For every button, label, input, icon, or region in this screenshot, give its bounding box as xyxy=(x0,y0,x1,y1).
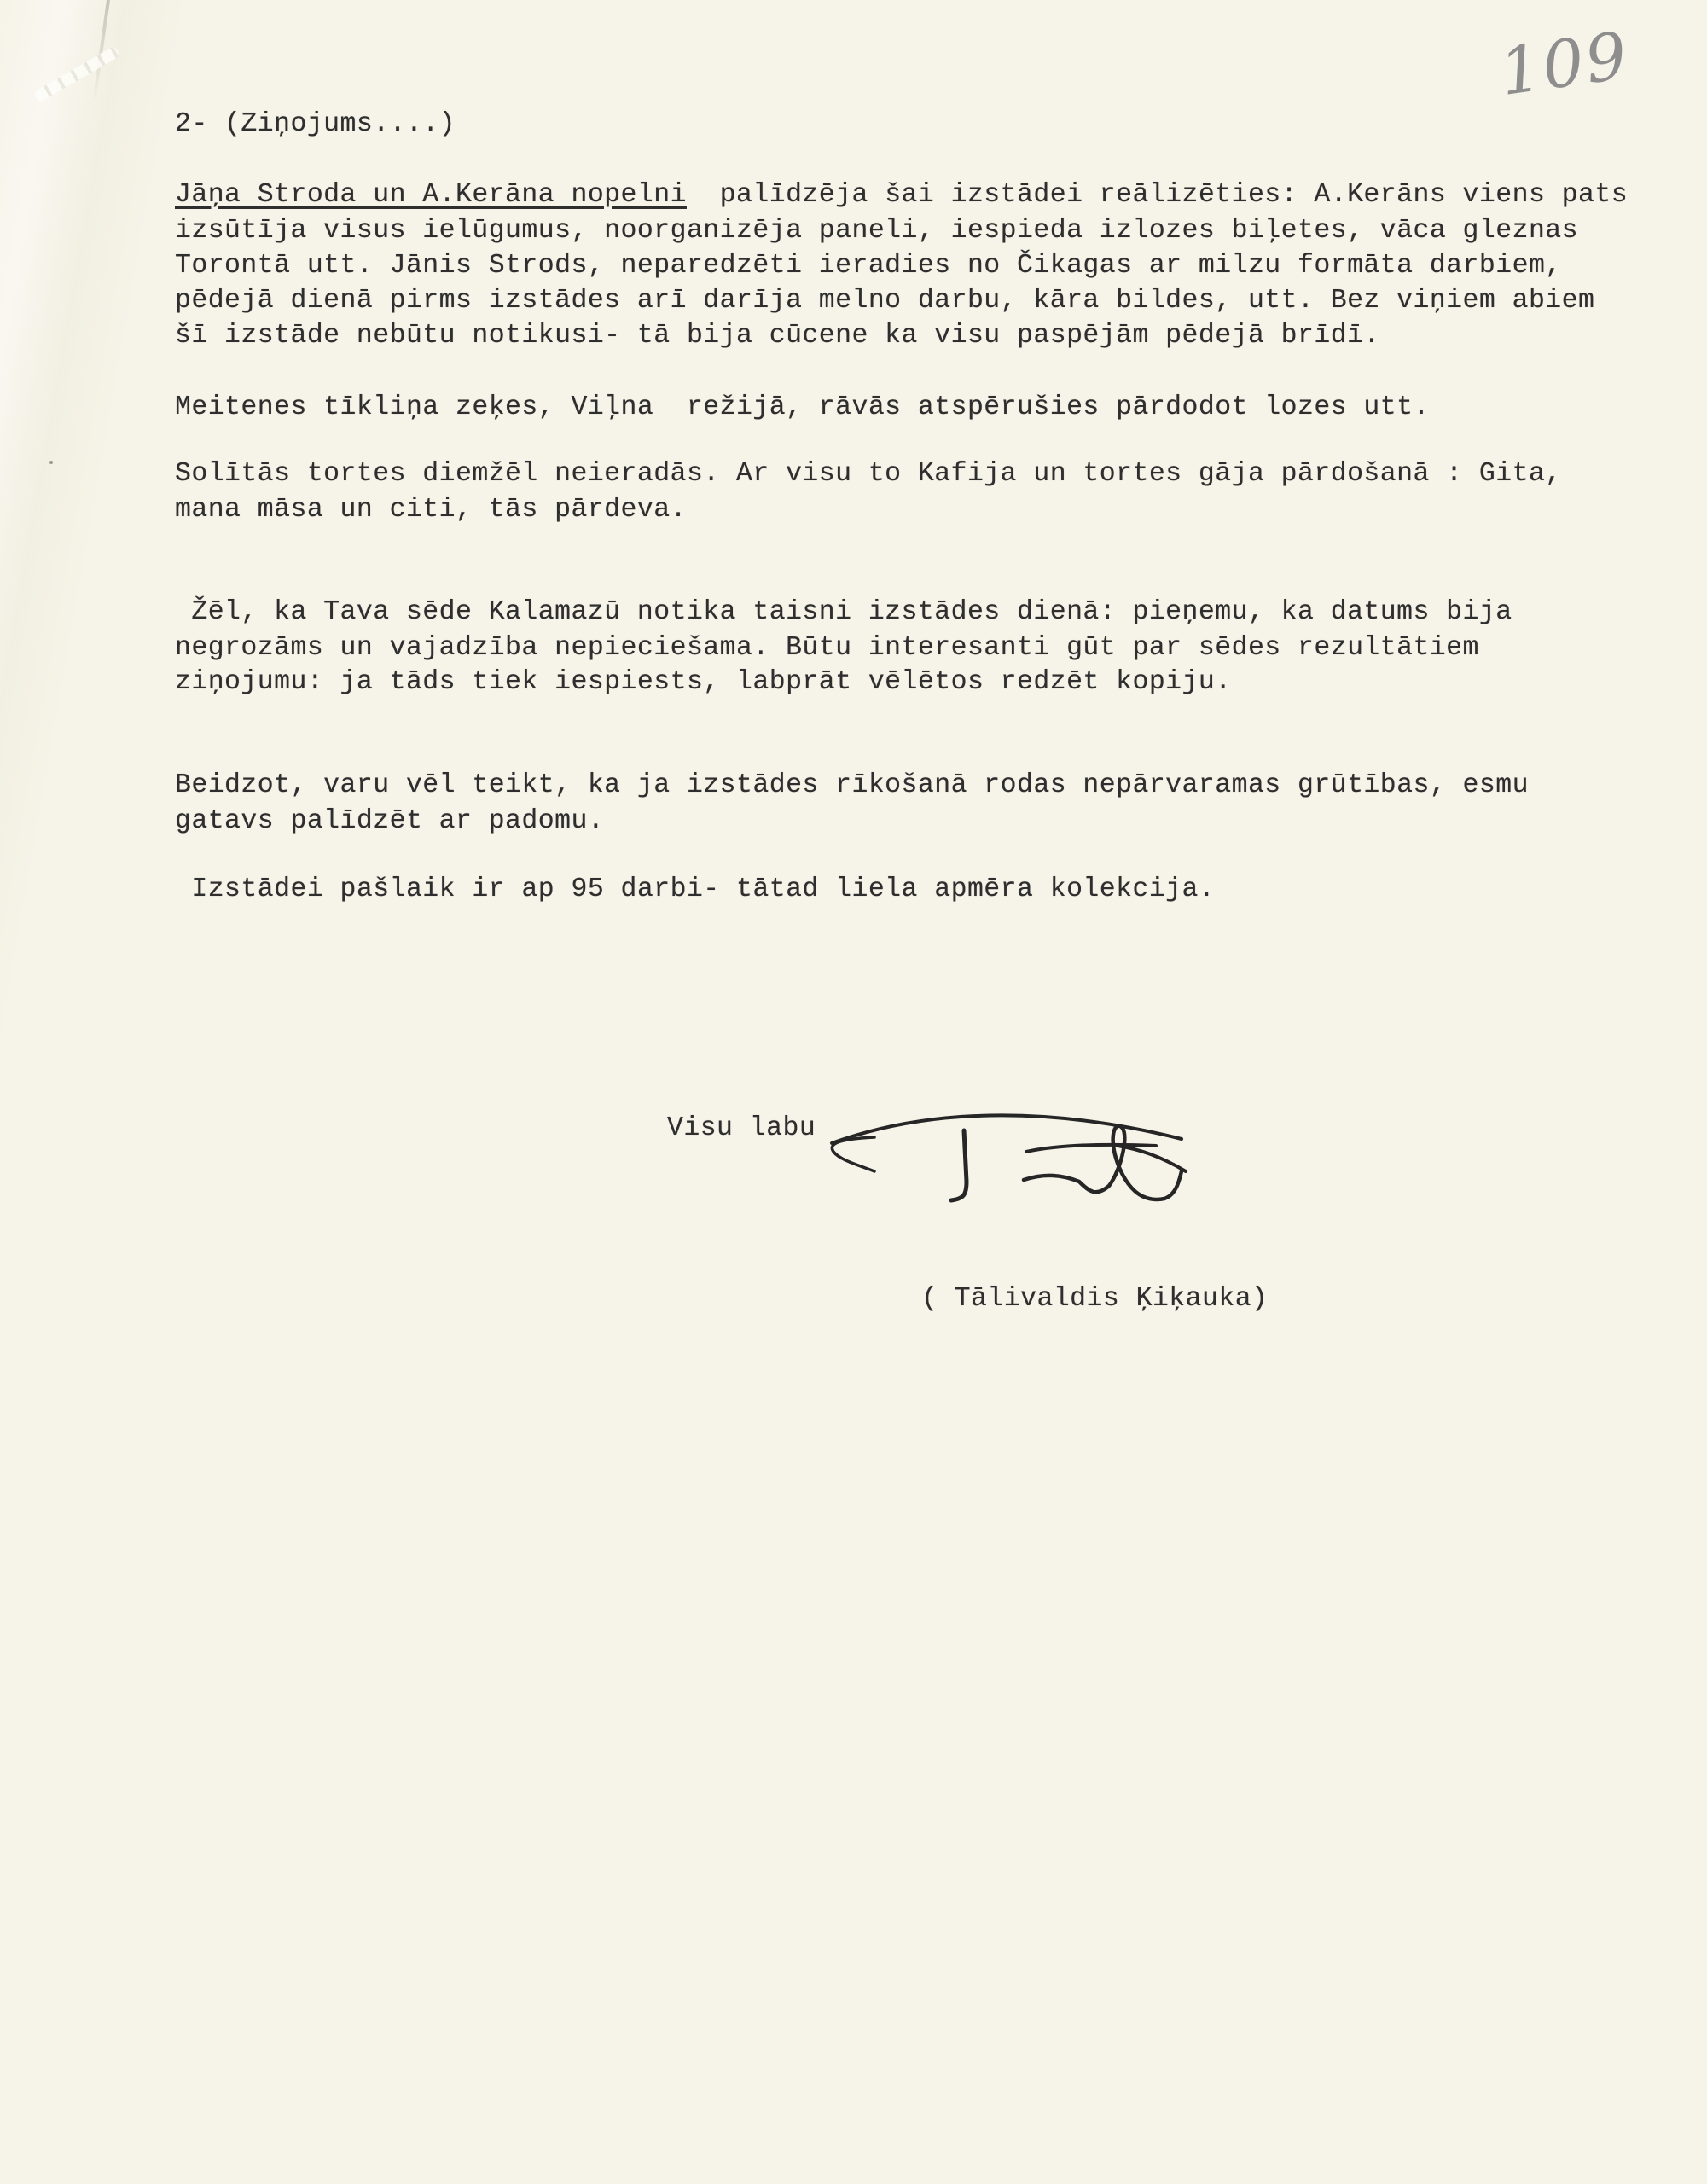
paragraph-4-line-2: negrozāms un vajadzība nepieciešama. Būt… xyxy=(175,630,1479,665)
handwritten-signature-icon xyxy=(823,1096,1250,1233)
paragraph-6-line-1: Izstādei pašlaik ir ap 95 darbi- tātad l… xyxy=(175,872,1215,907)
paragraph-4-line-1: Žēl, ka Tava sēde Kalamazū notika taisni… xyxy=(175,595,1512,630)
underlined-lead: Jāņa Stroda un A.Kerāna nopelni xyxy=(175,180,687,210)
paragraph-1-line-1: Jāņa Stroda un A.Kerāna nopelni palīdzēj… xyxy=(175,177,1628,212)
paper-speck xyxy=(49,461,53,464)
handwritten-page-number: 109 xyxy=(1495,17,1634,110)
paragraph-1-line-3: Torontā utt. Jānis Strods, neparedzēti i… xyxy=(175,248,1562,283)
paragraph-3-line-2: mana māsa un citi, tās pārdeva. xyxy=(175,492,687,527)
paragraph-5-line-1: Beidzot, varu vēl teikt, ka ja izstādes … xyxy=(175,768,1529,803)
paragraph-1-line-5: šī izstāde nebūtu notikusi- tā bija cūce… xyxy=(175,318,1380,353)
paragraph-1-line-1-rest: palīdzēja šai izstādei reālizēties: A.Ke… xyxy=(687,180,1628,210)
staple-tear-mark xyxy=(33,45,120,102)
paragraph-4-line-3: ziņojumu: ja tāds tiek iespiests, labprā… xyxy=(175,665,1232,700)
page-header: 2- (Ziņojums....) xyxy=(175,107,456,142)
paragraph-3-line-1: Solītās tortes diemžēl neieradās. Ar vis… xyxy=(175,456,1562,491)
paragraph-1-line-4: pēdejā dienā pirms izstādes arī darīja m… xyxy=(175,283,1594,318)
paragraph-1-line-2: izsūtīja visus ielūgumus, noorganizēja p… xyxy=(175,213,1578,248)
typed-signatory-name: ( Tālivaldis Ķiķauka) xyxy=(921,1281,1268,1316)
paragraph-2-line-1: Meitenes tīkliņa zeķes, Viļna režijā, rā… xyxy=(175,390,1430,425)
paragraph-5-line-2: gatavs palīdzēt ar padomu. xyxy=(175,804,604,839)
closing-salutation: Visu labu xyxy=(667,1111,816,1146)
